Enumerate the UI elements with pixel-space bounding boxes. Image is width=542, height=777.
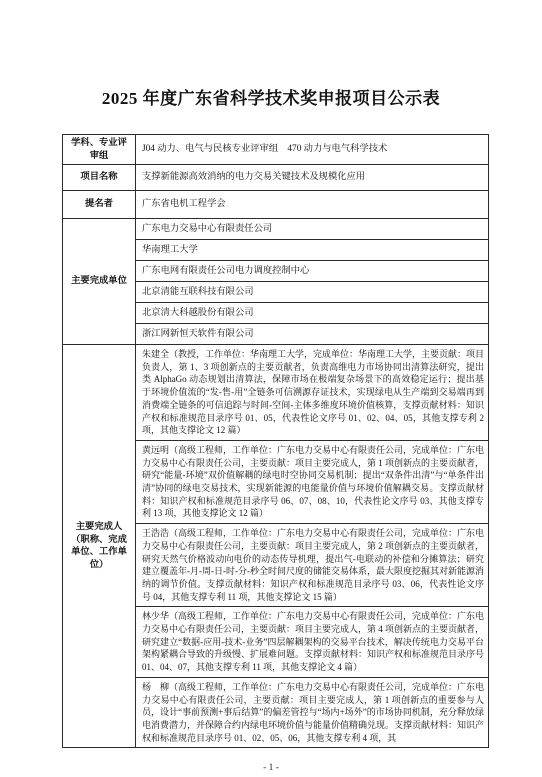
completion-units-label: 主要完成单位 bbox=[63, 219, 136, 345]
completion-unit-6: 浙江网新恒天软件有限公司 bbox=[136, 324, 489, 345]
document-page: 2025 年度广东省科学技术奖申报项目公示表 学科、专业评审组 J04 动力、电… bbox=[0, 0, 542, 777]
completer-row: 主要完成人（职称、完成单位、工作单位） 朱建全（教授，工作单位：华南理工大学，完… bbox=[63, 345, 489, 441]
completion-unit-1: 广东电力交易中心有限责任公司 bbox=[136, 219, 489, 240]
project-publicity-table: 学科、专业评审组 J04 动力、电气与民核专业评审组 470 动力与电气科学技术… bbox=[62, 134, 489, 748]
project-name-value: 支撑新能源高效消纳的电力交易关键技术及规模化应用 bbox=[136, 165, 489, 191]
completion-unit-2: 华南理工大学 bbox=[136, 240, 489, 261]
nominator-label: 提名者 bbox=[63, 191, 136, 219]
nominator-value: 广东省电机工程学会 bbox=[136, 191, 489, 219]
completer-3: 王浩浩（高级工程师，工作单位：广东电力交易中心有限责任公司，完成单位：广东电力交… bbox=[136, 524, 489, 607]
review-group-label: 学科、专业评审组 bbox=[63, 135, 136, 165]
completer-4: 林少华（高级工程师，工作单位：广东电力交易中心有限责任公司，完成单位：广东电力交… bbox=[136, 607, 489, 678]
page-title: 2025 年度广东省科学技术奖申报项目公示表 bbox=[0, 84, 542, 109]
completer-5: 杨 柳（高级工程师，工作单位：广东电力交易中心有限责任公司，完成单位：广东电力交… bbox=[136, 677, 489, 748]
nominator-row: 提名者 广东省电机工程学会 bbox=[63, 191, 489, 219]
completion-unit-row: 主要完成单位 广东电力交易中心有限责任公司 bbox=[63, 219, 489, 240]
review-group-row: 学科、专业评审组 J04 动力、电气与民核专业评审组 470 动力与电气科学技术 bbox=[63, 135, 489, 165]
completion-unit-3: 广东电网有限责任公司电力调度控制中心 bbox=[136, 261, 489, 282]
completers-label: 主要完成人（职称、完成单位、工作单位） bbox=[63, 345, 136, 748]
completion-unit-5: 北京清大科越股份有限公司 bbox=[136, 303, 489, 324]
page-number: - 1 - bbox=[0, 763, 542, 773]
completion-unit-4: 北京清能互联科技有限公司 bbox=[136, 282, 489, 303]
completer-2: 黄远明（高级工程师，工作单位：广东电力交易中心有限责任公司，完成单位：广东电力交… bbox=[136, 440, 489, 523]
completer-1: 朱建全（教授，工作单位：华南理工大学，完成单位：华南理工大学，主要贡献：项目负责… bbox=[136, 345, 489, 441]
project-name-label: 项目名称 bbox=[63, 165, 136, 191]
review-group-value: J04 动力、电气与民核专业评审组 470 动力与电气科学技术 bbox=[136, 135, 489, 165]
project-name-row: 项目名称 支撑新能源高效消纳的电力交易关键技术及规模化应用 bbox=[63, 165, 489, 191]
